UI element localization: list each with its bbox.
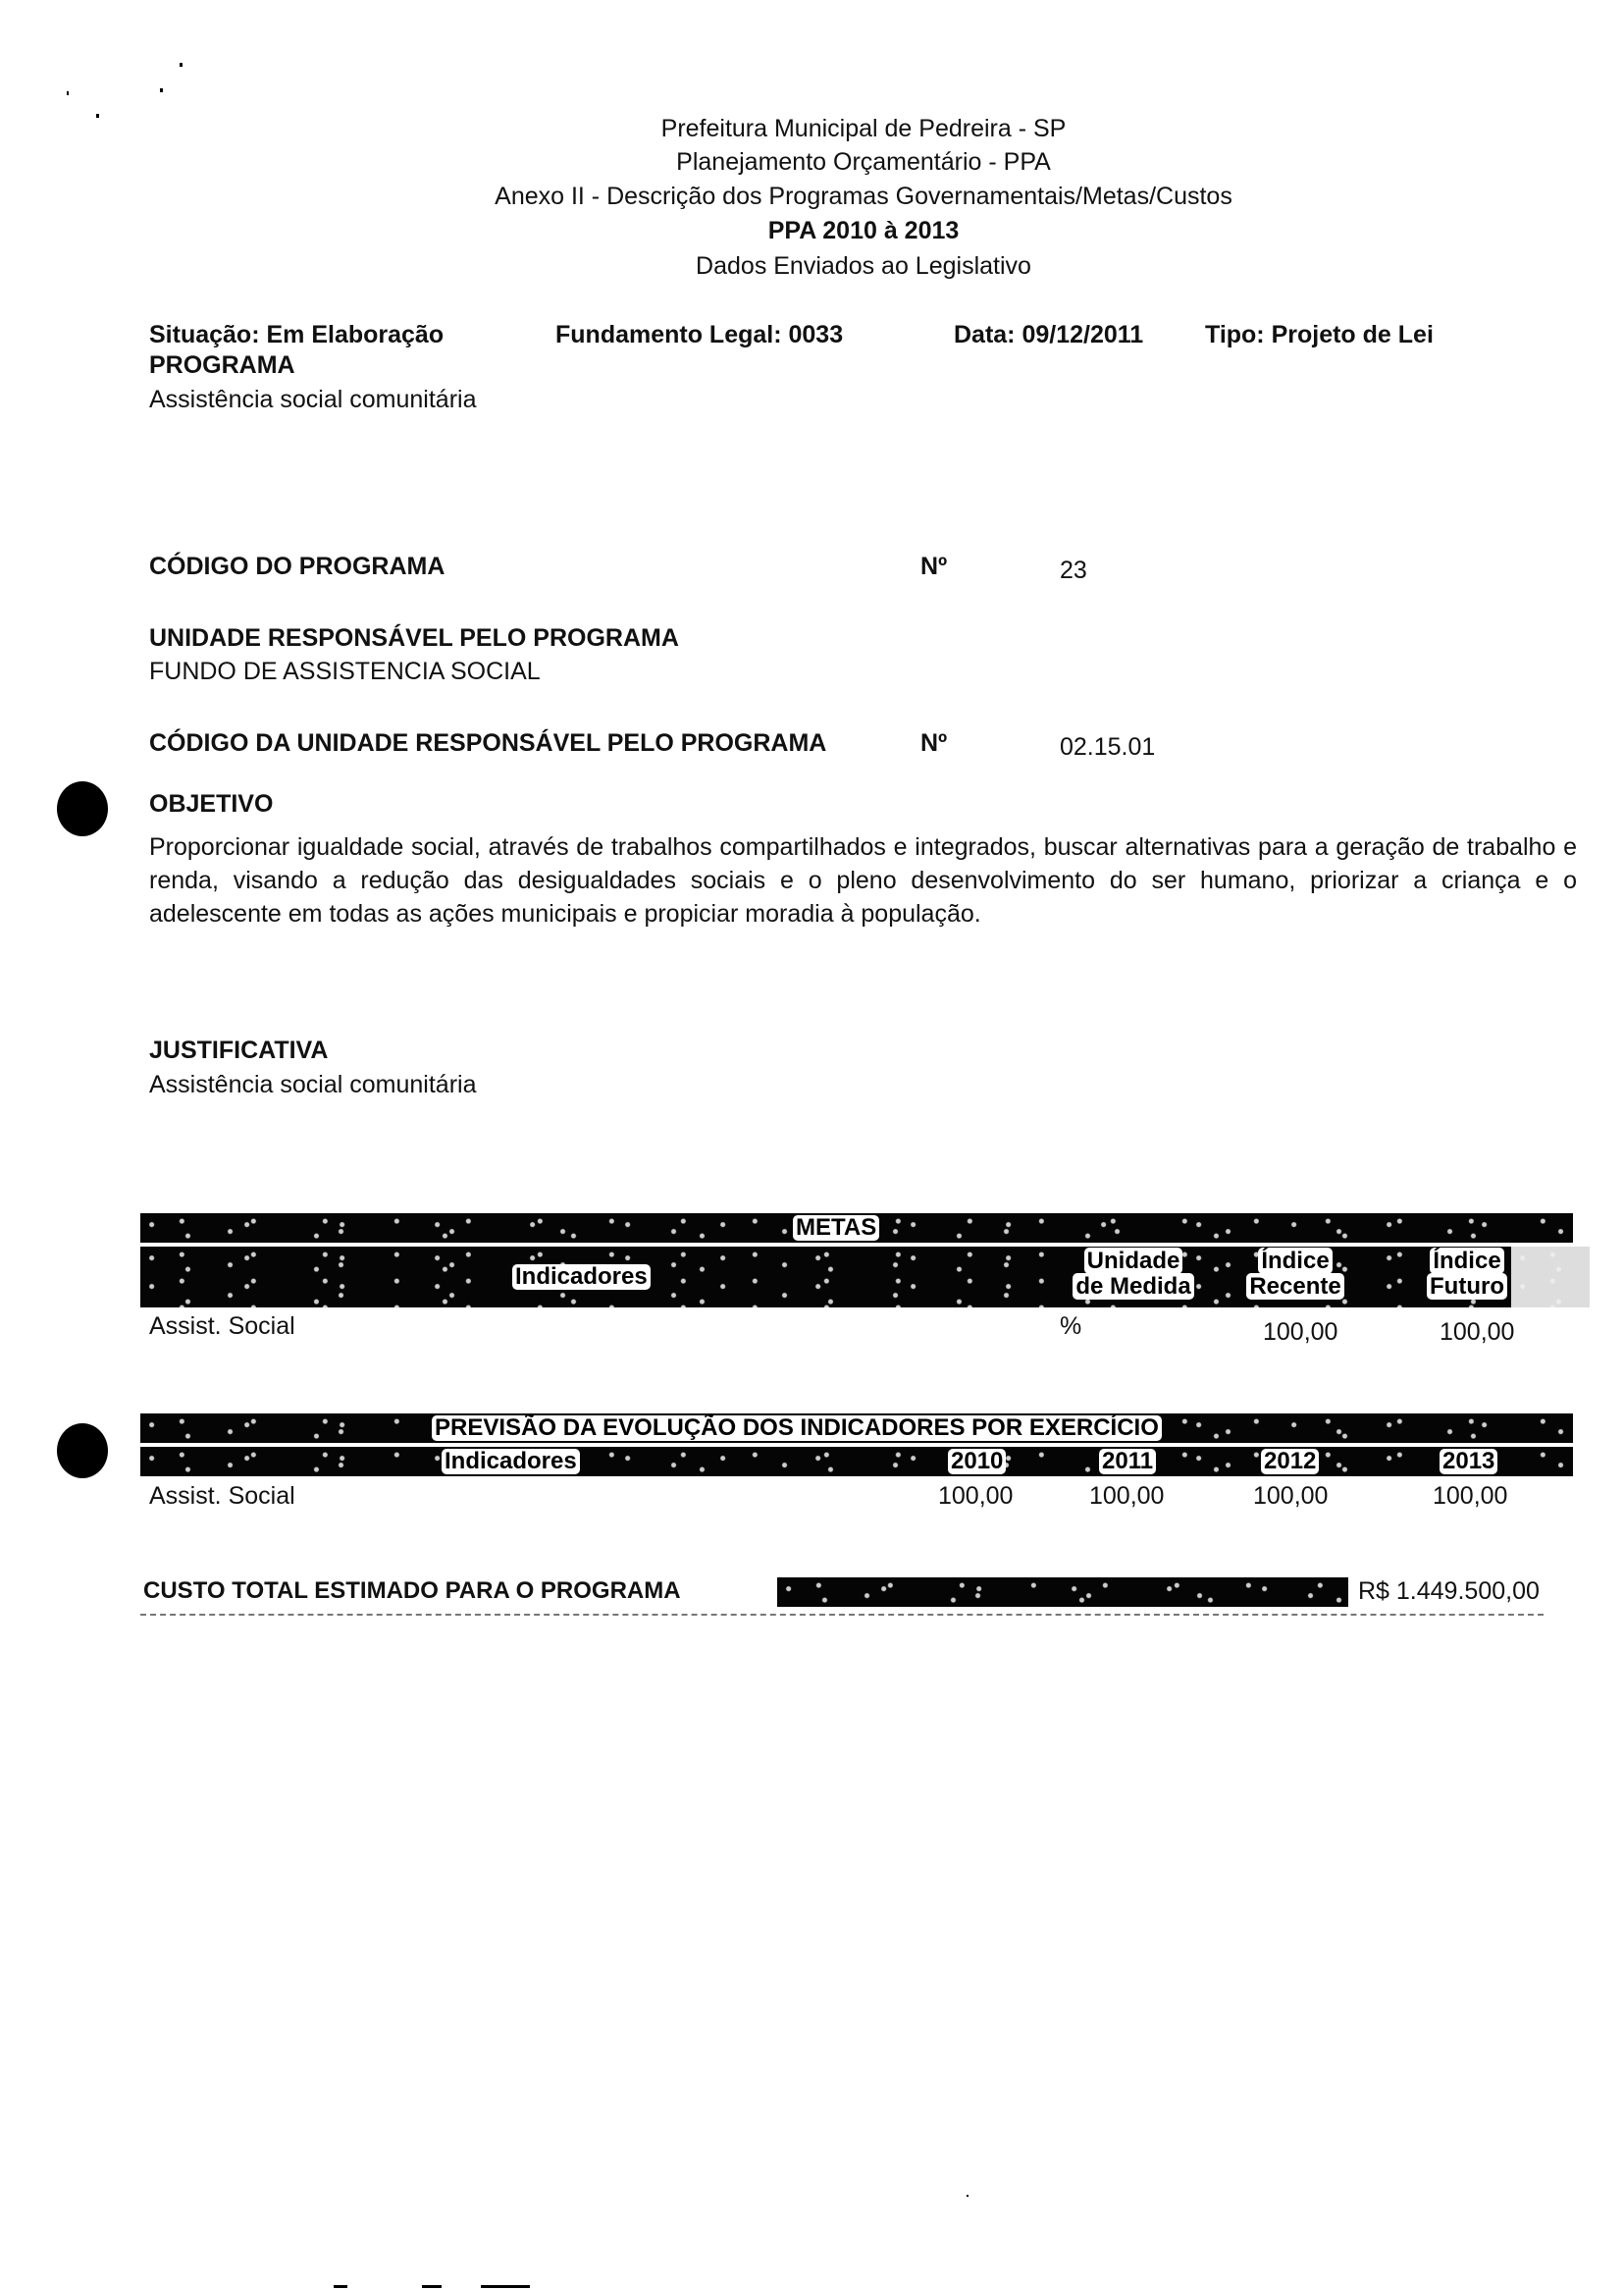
scan-speck [160, 88, 163, 92]
metas-col-futuro: Índice Futuro [1413, 1249, 1521, 1300]
unidade-value: FUNDO DE ASSISTENCIA SOCIAL [149, 657, 541, 686]
binder-hole-mark [57, 781, 108, 836]
codigo-programa-label: CÓDIGO DO PROGRAMA [149, 552, 445, 581]
codigo-programa-num-label: Nº [920, 552, 947, 581]
scan-speck [67, 91, 69, 95]
header-annex: Anexo II - Descrição dos Programas Gover… [0, 182, 1624, 211]
custo-fill-bar [777, 1577, 1348, 1607]
metas-row-indicador: Assist. Social [149, 1311, 295, 1341]
metas-row-futuro: 100,00 [1440, 1317, 1514, 1347]
metas-header-fade [1511, 1247, 1590, 1307]
previsao-row-2010: 100,00 [938, 1481, 1013, 1511]
metas-col-futuro-line1: Índice [1430, 1248, 1503, 1274]
metas-row-unidade: % [1060, 1311, 1081, 1341]
header-sent-legislative: Dados Enviados ao Legislativo [0, 251, 1624, 281]
programa-label: PROGRAMA [149, 350, 295, 380]
previsao-row-2013: 100,00 [1433, 1481, 1507, 1511]
scan-speck [422, 2285, 442, 2288]
previsao-row-2012: 100,00 [1253, 1481, 1328, 1511]
scan-speck [334, 2285, 347, 2288]
objetivo-label: OBJETIVO [149, 789, 273, 819]
tipo: Tipo: Projeto de Lei [1205, 320, 1434, 349]
metas-title: METAS [793, 1215, 879, 1241]
justificativa-label: JUSTIFICATIVA [149, 1036, 328, 1065]
metas-col-unidade-line1: Unidade [1084, 1248, 1183, 1274]
header-municipality: Prefeitura Municipal de Pedreira - SP [0, 114, 1624, 143]
header-planning: Planejamento Orçamentário - PPA [0, 147, 1624, 177]
previsao-header-bar [140, 1447, 1573, 1476]
metas-col-recente-line1: Índice [1258, 1248, 1332, 1274]
scan-speck [967, 2195, 969, 2197]
codigo-unidade-value: 02.15.01 [1060, 732, 1155, 762]
previsao-col-2012: 2012 [1261, 1449, 1319, 1474]
metas-row-recente: 100,00 [1263, 1317, 1337, 1347]
metas-col-recente: Índice Recente [1231, 1249, 1359, 1300]
metas-col-indicadores: Indicadores [512, 1264, 651, 1290]
previsao-title: PREVISÃO DA EVOLUÇÃO DOS INDICADORES POR… [432, 1415, 1162, 1441]
unidade-label: UNIDADE RESPONSÁVEL PELO PROGRAMA [149, 623, 679, 653]
metas-col-futuro-line2: Futuro [1427, 1273, 1507, 1300]
codigo-programa-value: 23 [1060, 556, 1087, 585]
header-ppa-period: PPA 2010 à 2013 [0, 216, 1624, 245]
custo-underline [140, 1614, 1544, 1616]
data: Data: 09/12/2011 [954, 320, 1143, 349]
programa-value: Assistência social comunitária [149, 385, 476, 414]
previsao-col-2013: 2013 [1440, 1449, 1497, 1474]
previsao-col-2011: 2011 [1099, 1449, 1156, 1474]
previsao-row-indicador: Assist. Social [149, 1481, 295, 1511]
scan-speck [481, 2285, 530, 2288]
previsao-col-indicadores: Indicadores [442, 1449, 580, 1474]
metas-col-recente-line2: Recente [1246, 1273, 1343, 1300]
custo-total-value: R$ 1.449.500,00 [1358, 1576, 1540, 1606]
objetivo-text: Proporcionar igualdade social, através d… [149, 830, 1577, 931]
metas-col-unidade-line2: de Medida [1073, 1273, 1193, 1300]
justificativa-text: Assistência social comunitária [149, 1070, 476, 1099]
codigo-unidade-label: CÓDIGO DA UNIDADE RESPONSÁVEL PELO PROGR… [149, 728, 826, 758]
binder-hole-mark [57, 1423, 108, 1478]
previsao-col-2010: 2010 [948, 1449, 1006, 1474]
previsao-row-2011: 100,00 [1089, 1481, 1164, 1511]
scan-speck [180, 63, 183, 67]
situacao: Situação: Em Elaboração [149, 320, 444, 349]
codigo-unidade-num-label: Nº [920, 728, 947, 758]
fundamento-legal: Fundamento Legal: 0033 [555, 320, 843, 349]
metas-col-unidade: Unidade de Medida [1060, 1249, 1207, 1300]
custo-total-label: CUSTO TOTAL ESTIMADO PARA O PROGRAMA [143, 1576, 681, 1606]
